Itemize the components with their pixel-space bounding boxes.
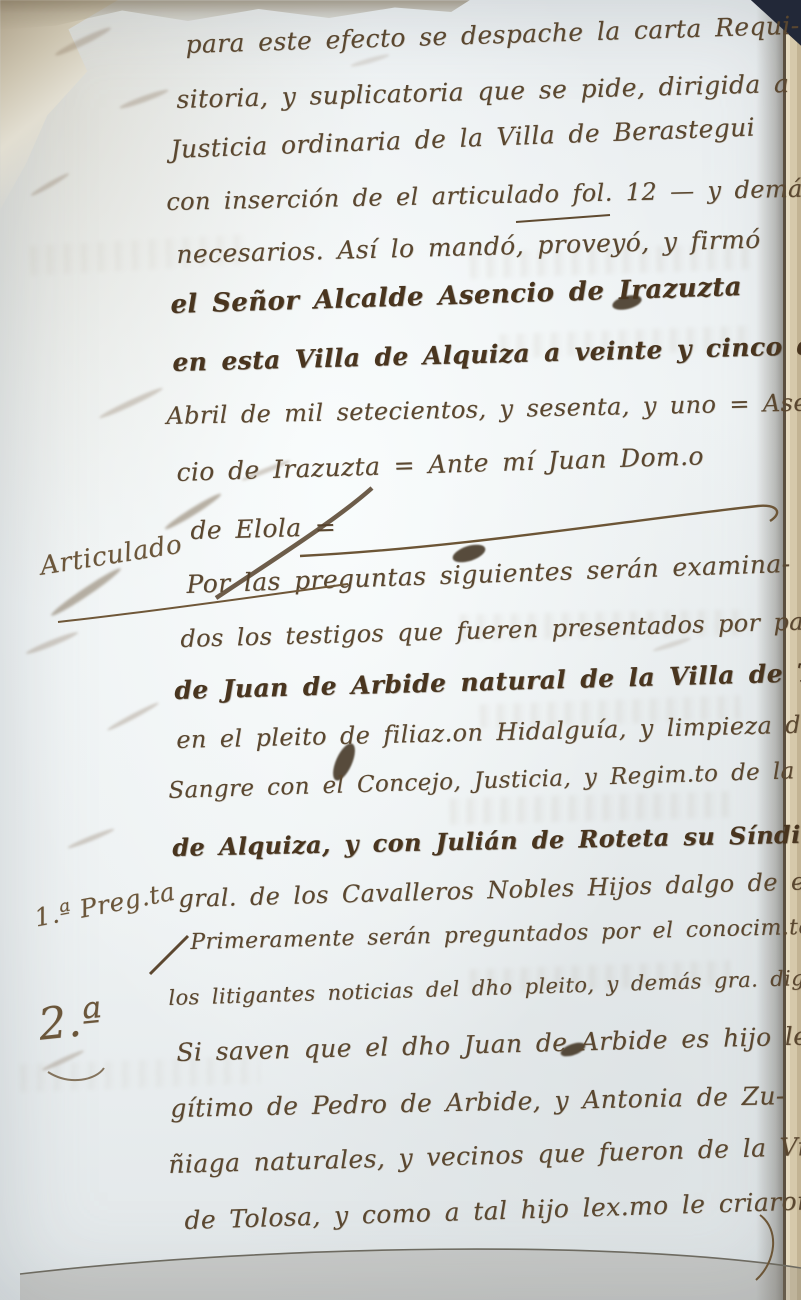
pregunta2-tail (48, 1068, 104, 1080)
pregunta1-slash (150, 936, 188, 974)
elola-flourish-line (300, 506, 777, 556)
page-bottom-shading (20, 1249, 801, 1300)
pen-flourishes (0, 0, 801, 1300)
folio-underline (516, 215, 610, 222)
manuscript-page: para este efecto se despache la carta Re… (0, 0, 801, 1300)
articulado-underline (58, 584, 348, 622)
rubric-diagonal-stroke (216, 488, 372, 598)
